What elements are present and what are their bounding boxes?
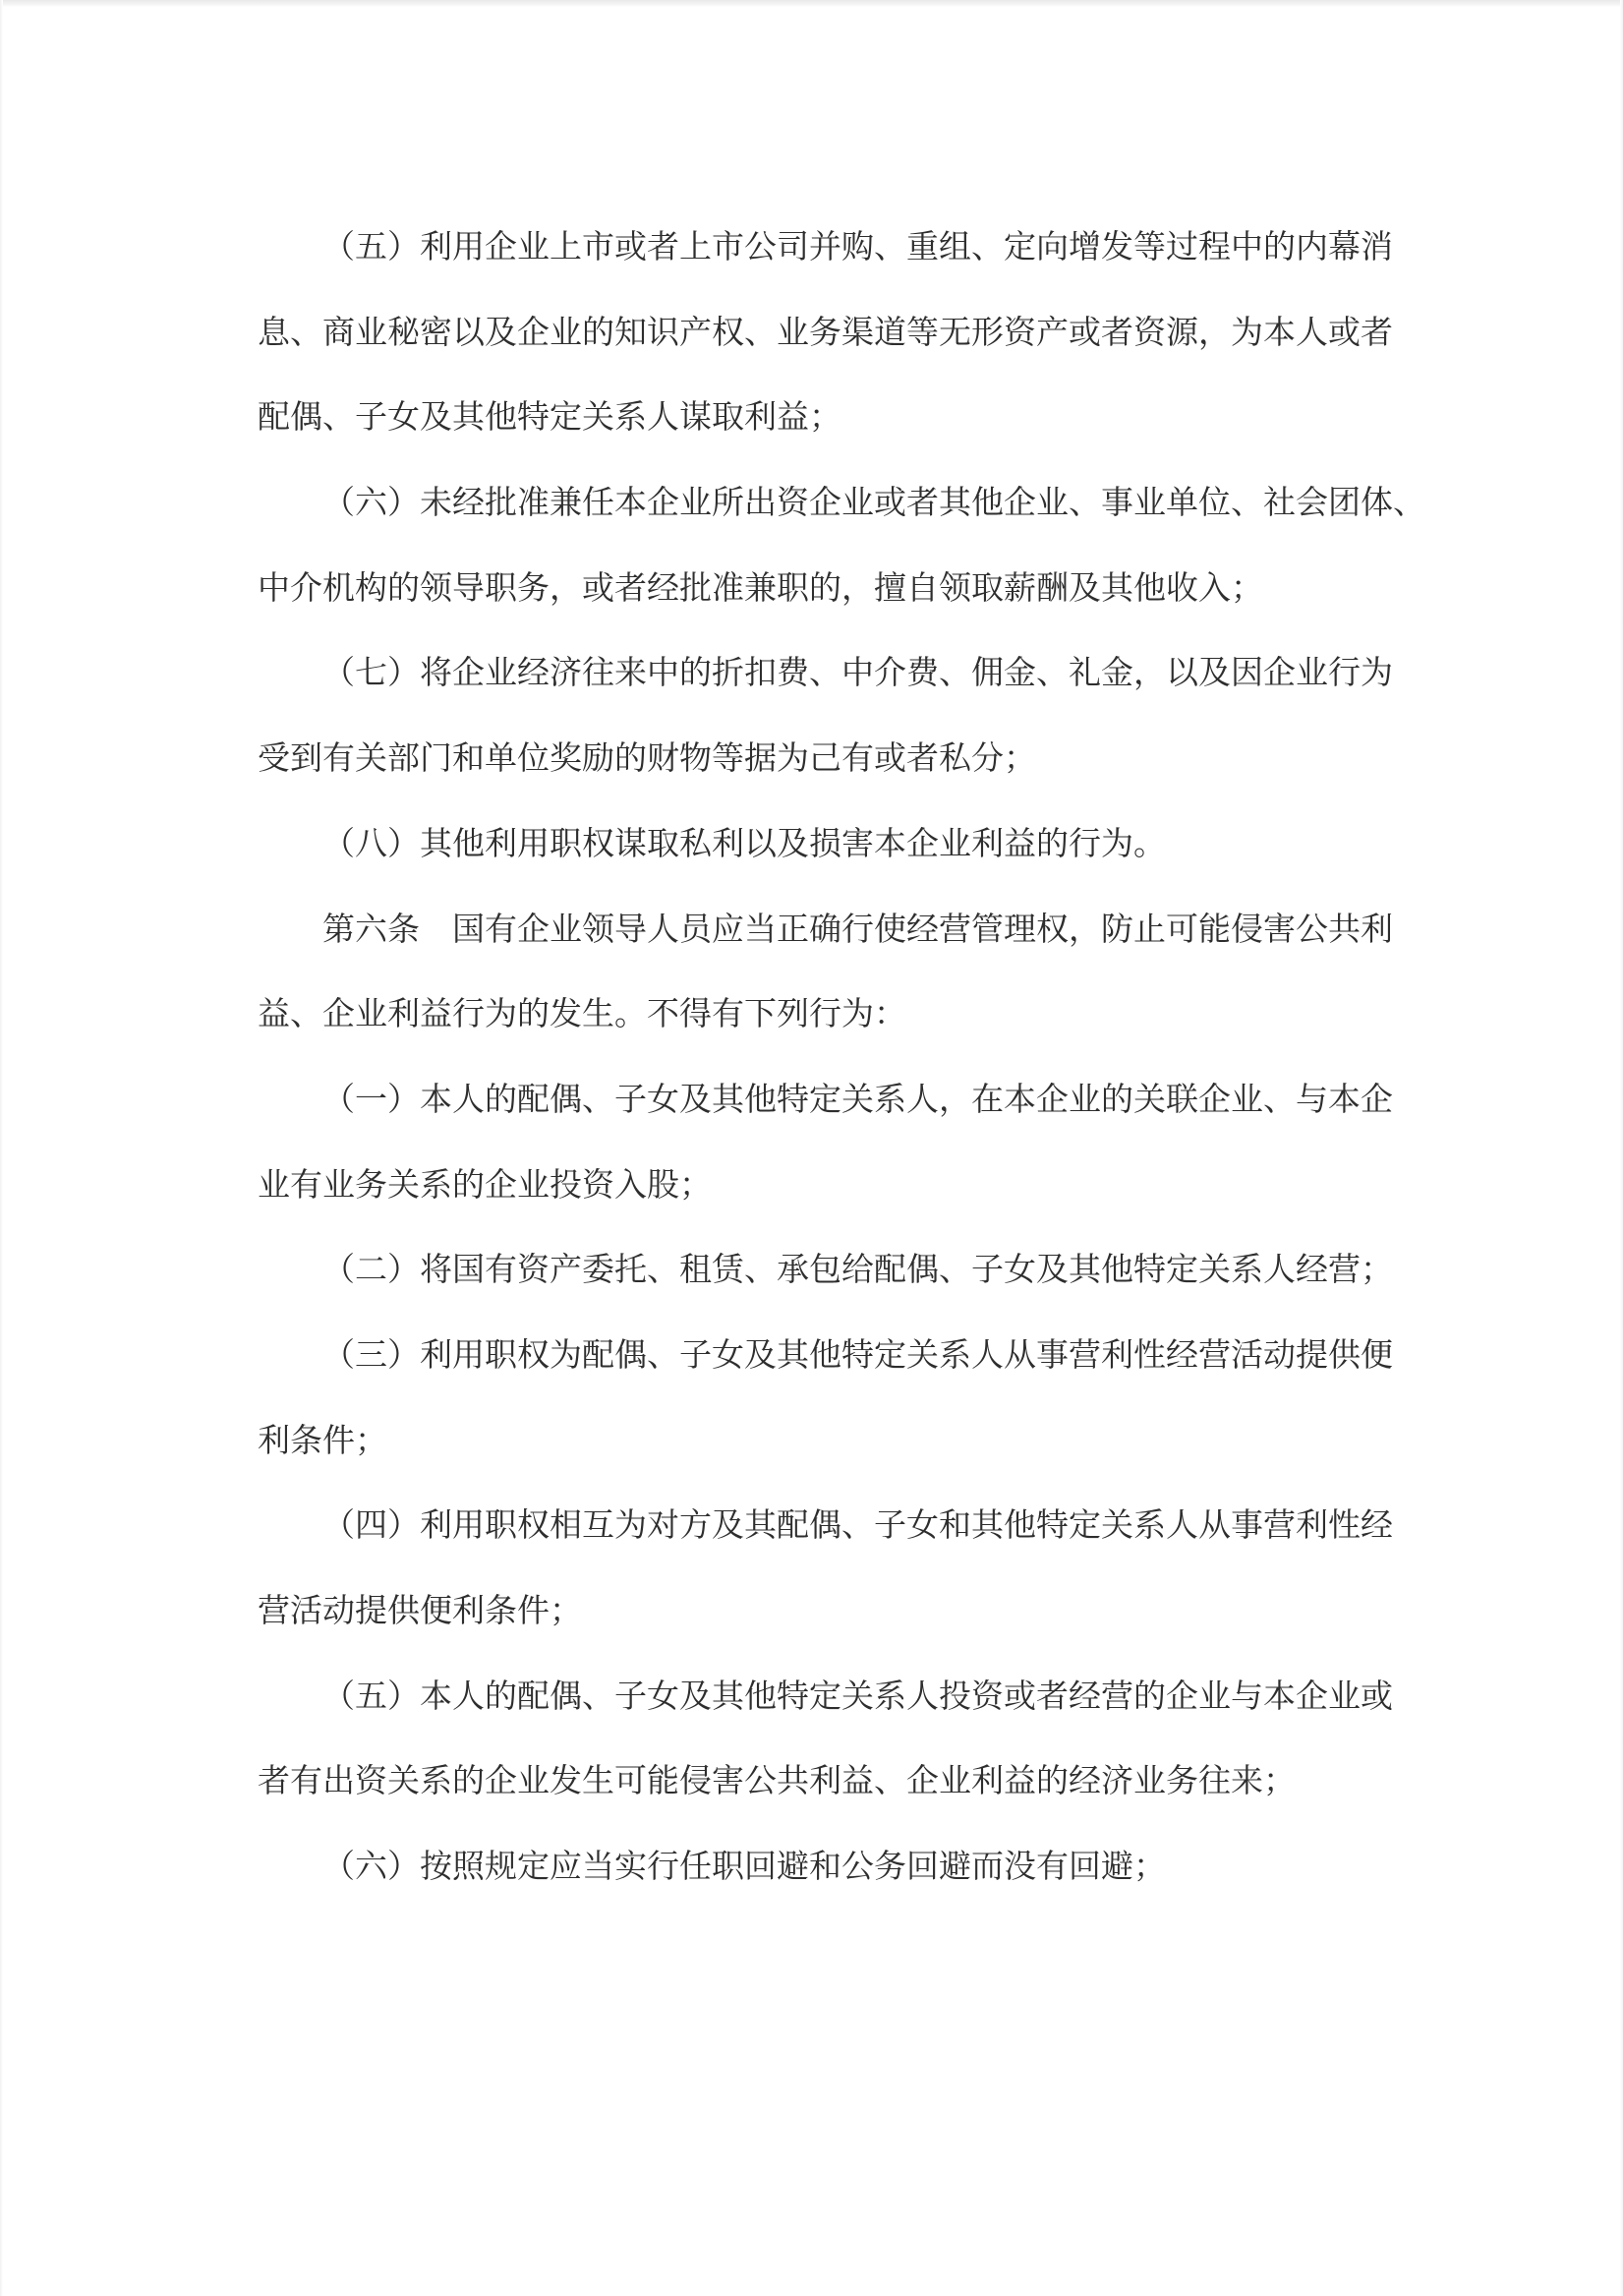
scan-edge-top [0,0,1623,7]
item-5a-line-1: （五）利用企业上市或者上市公司并购、重组、定向增发等过程中的内幕消 [258,205,1392,290]
item-2b-line-1: （二）将国有资产委托、租赁、承包给配偶、子女及其他特定关系人经营； [258,1227,1392,1313]
item-5b-line-1: （五）本人的配偶、子女及其他特定关系人投资或者经营的企业与本企业或 [258,1654,1392,1739]
item-3b-line-1: （三）利用职权为配偶、子女及其他特定关系人从事营利性经营活动提供便 [258,1313,1392,1398]
item-4b-line-2: 营活动提供便利条件； [258,1568,1392,1654]
item-6a-line-1: （六）未经批准兼任本企业所出资企业或者其他企业、事业单位、社会团体、 [258,460,1392,546]
article-6-line-2: 益、企业利益行为的发生。不得有下列行为： [258,971,1392,1057]
item-5a-line-3: 配偶、子女及其他特定关系人谋取利益； [258,375,1392,460]
item-8a-line-1: （八）其他利用职权谋取私利以及损害本企业利益的行为。 [258,801,1392,887]
item-5b-line-2: 者有出资关系的企业发生可能侵害公共利益、企业利益的经济业务往来； [258,1738,1392,1824]
item-7a-line-2: 受到有关部门和单位奖励的财物等据为己有或者私分； [258,716,1392,801]
item-6a-line-2: 中介机构的领导职务，或者经批准兼职的，擅自领取薪酬及其他收入； [258,546,1392,631]
item-7a-line-1: （七）将企业经济往来中的折扣费、中介费、佣金、礼金，以及因企业行为 [258,630,1392,716]
item-1b-line-1: （一）本人的配偶、子女及其他特定关系人，在本企业的关联企业、与本企 [258,1057,1392,1143]
item-1b-line-2: 业有业务关系的企业投资入股； [258,1143,1392,1228]
item-6b-line-1: （六）按照规定应当实行任职回避和公务回避而没有回避； [258,1824,1392,1910]
document-page-body: （五）利用企业上市或者上市公司并购、重组、定向增发等过程中的内幕消 息、商业秘密… [258,205,1392,1910]
article-6-line-1: 第六条 国有企业领导人员应当正确行使经营管理权，防止可能侵害公共利 [258,887,1392,972]
item-3b-line-2: 利条件； [258,1398,1392,1484]
item-5a-line-2: 息、商业秘密以及企业的知识产权、业务渠道等无形资产或者资源，为本人或者 [258,290,1392,376]
item-4b-line-1: （四）利用职权相互为对方及其配偶、子女和其他特定关系人从事营利性经 [258,1483,1392,1568]
scan-edge-left [0,0,3,2296]
